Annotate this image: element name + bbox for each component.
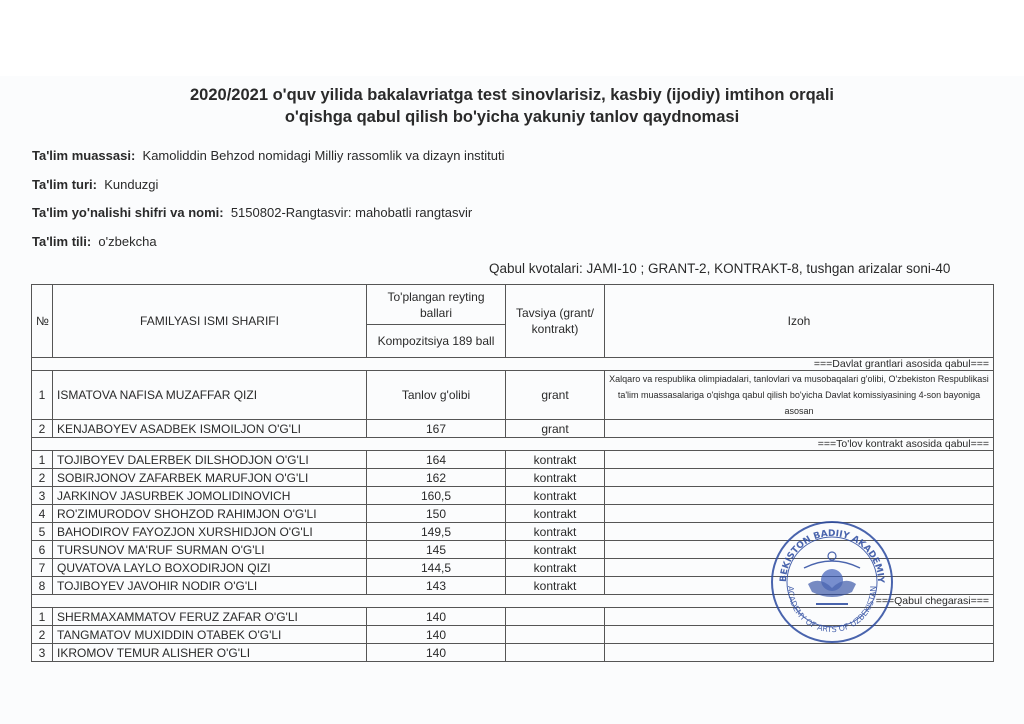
- section-header-row: ===Davlat grantlari asosida qabul===: [32, 358, 994, 371]
- rating-score: Tanlov g'olibi: [367, 371, 506, 420]
- recommendation: kontrakt: [506, 487, 605, 505]
- remark: [605, 559, 994, 577]
- header-name: FAMILYASI ISMI SHARIFI: [53, 285, 367, 358]
- document-title: 2020/2021 o'quv yilida bakalavriatga tes…: [0, 84, 1024, 128]
- recommendation: grant: [506, 371, 605, 420]
- rating-score: 164: [367, 451, 506, 469]
- applicant-name: ISMATOVA NAFISA MUZAFFAR QIZI: [53, 371, 367, 420]
- meta-label: Ta'lim turi:: [32, 177, 97, 192]
- rating-score: 140: [367, 626, 506, 644]
- title-line-2: o'qishga qabul qilish bo'yicha yakuniy t…: [0, 106, 1024, 128]
- meta-study-form: Ta'lim turi: Kunduzgi: [32, 177, 158, 192]
- applicant-name: TOJIBOYEV DALERBEK DILSHODJON O'G'LI: [53, 451, 367, 469]
- remark: [605, 577, 994, 595]
- title-line-1: 2020/2021 o'quv yilida bakalavriatga tes…: [0, 84, 1024, 106]
- results-table: № FAMILYASI ISMI SHARIFI To'plangan reyt…: [31, 284, 994, 662]
- table-row: 1TOJIBOYEV DALERBEK DILSHODJON O'G'LI164…: [32, 451, 994, 469]
- remark: [605, 505, 994, 523]
- meta-value: Kunduzgi: [104, 177, 158, 192]
- row-number: 2: [32, 469, 53, 487]
- section-title: ===Qabul chegarasi===: [32, 595, 994, 608]
- table-row: 4RO'ZIMURODOV SHOHZOD RAHIMJON O'G'LI150…: [32, 505, 994, 523]
- remark: Xalqaro va respublika olimpiadalari, tan…: [605, 371, 994, 420]
- applicant-name: BAHODIROV FAYOZJON XURSHIDJON O'G'LI: [53, 523, 367, 541]
- recommendation: [506, 626, 605, 644]
- header-recommendation: Tavsiya (grant/ kontrakt): [506, 285, 605, 358]
- recommendation: kontrakt: [506, 577, 605, 595]
- meta-institution: Ta'lim muassasi: Kamoliddin Behzod nomid…: [32, 148, 505, 163]
- applicant-name: TANGMATOV MUXIDDIN OTABEK O'G'LI: [53, 626, 367, 644]
- row-number: 1: [32, 608, 53, 626]
- applicant-name: TOJIBOYEV JAVOHIR NODIR O'G'LI: [53, 577, 367, 595]
- applicant-name: RO'ZIMURODOV SHOHZOD RAHIMJON O'G'LI: [53, 505, 367, 523]
- meta-value: o'zbekcha: [98, 234, 156, 249]
- applicant-name: JARKINOV JASURBEK JOMOLIDINOVICH: [53, 487, 367, 505]
- recommendation: kontrakt: [506, 559, 605, 577]
- meta-label: Ta'lim muassasi:: [32, 148, 135, 163]
- remark: [605, 451, 994, 469]
- meta-value: Kamoliddin Behzod nomidagi Milliy rassom…: [143, 148, 505, 163]
- remark: [605, 541, 994, 559]
- quota-summary: Qabul kvotalari: JAMI-10 ; GRANT-2, KONT…: [489, 261, 950, 276]
- table-row: 6TURSUNOV MA'RUF SURMAN O'G'LI145kontrak…: [32, 541, 994, 559]
- table-row: 2TANGMATOV MUXIDDIN OTABEK O'G'LI140: [32, 626, 994, 644]
- applicant-name: TURSUNOV MA'RUF SURMAN O'G'LI: [53, 541, 367, 559]
- table-row: 3JARKINOV JASURBEK JOMOLIDINOVICH160,5ko…: [32, 487, 994, 505]
- applicant-name: KENJABOYEV ASADBEK ISMOILJON O'G'LI: [53, 420, 367, 438]
- row-number: 1: [32, 371, 53, 420]
- rating-score: 149,5: [367, 523, 506, 541]
- header-score-group: To'plangan reyting ballari: [367, 285, 506, 325]
- recommendation: kontrakt: [506, 505, 605, 523]
- row-number: 6: [32, 541, 53, 559]
- recommendation: kontrakt: [506, 451, 605, 469]
- table-row: 2SOBIRJONOV ZAFARBEK MARUFJON O'G'LI162k…: [32, 469, 994, 487]
- header-num: №: [32, 285, 53, 358]
- rating-score: 150: [367, 505, 506, 523]
- applicant-name: SHERMAXAMMATOV FERUZ ZAFAR O'G'LI: [53, 608, 367, 626]
- applicant-name: QUVATOVA LAYLO BOXODIRJON QIZI: [53, 559, 367, 577]
- rating-score: 160,5: [367, 487, 506, 505]
- applicant-name: SOBIRJONOV ZAFARBEK MARUFJON O'G'LI: [53, 469, 367, 487]
- table-row: 7QUVATOVA LAYLO BOXODIRJON QIZI144,5kont…: [32, 559, 994, 577]
- section-header-row: ===To'lov kontrakt asosida qabul===: [32, 438, 994, 451]
- meta-label: Ta'lim yo'nalishi shifri va nomi:: [32, 205, 224, 220]
- row-number: 5: [32, 523, 53, 541]
- row-number: 7: [32, 559, 53, 577]
- rating-score: 145: [367, 541, 506, 559]
- table-row: 3IKROMOV TEMUR ALISHER O'G'LI140: [32, 644, 994, 662]
- remark: [605, 608, 994, 626]
- remark: [605, 626, 994, 644]
- row-number: 1: [32, 451, 53, 469]
- rating-score: 143: [367, 577, 506, 595]
- rating-score: 162: [367, 469, 506, 487]
- remark: [605, 487, 994, 505]
- row-number: 2: [32, 420, 53, 438]
- row-number: 3: [32, 644, 53, 662]
- section-header-row: ===Qabul chegarasi===: [32, 595, 994, 608]
- recommendation: grant: [506, 420, 605, 438]
- rating-score: 140: [367, 644, 506, 662]
- section-title: ===To'lov kontrakt asosida qabul===: [32, 438, 994, 451]
- remark: [605, 469, 994, 487]
- table-row: 1SHERMAXAMMATOV FERUZ ZAFAR O'G'LI140: [32, 608, 994, 626]
- remark: [605, 523, 994, 541]
- applicant-name: IKROMOV TEMUR ALISHER O'G'LI: [53, 644, 367, 662]
- recommendation: kontrakt: [506, 541, 605, 559]
- recommendation: [506, 608, 605, 626]
- meta-label: Ta'lim tili:: [32, 234, 91, 249]
- header-note: Izoh: [605, 285, 994, 358]
- section-title: ===Davlat grantlari asosida qabul===: [32, 358, 994, 371]
- row-number: 4: [32, 505, 53, 523]
- meta-specialty: Ta'lim yo'nalishi shifri va nomi: 515080…: [32, 205, 472, 220]
- header-score-sub: Kompozitsiya 189 ball: [367, 325, 506, 358]
- table-row: 8TOJIBOYEV JAVOHIR NODIR O'G'LI143kontra…: [32, 577, 994, 595]
- rating-score: 144,5: [367, 559, 506, 577]
- recommendation: [506, 644, 605, 662]
- meta-value: 5150802-Rangtasvir: mahobatli rangtasvir: [231, 205, 472, 220]
- recommendation: kontrakt: [506, 523, 605, 541]
- remark: [605, 644, 994, 662]
- table-header-row: № FAMILYASI ISMI SHARIFI To'plangan reyt…: [32, 285, 994, 325]
- remark: [605, 420, 994, 438]
- row-number: 3: [32, 487, 53, 505]
- meta-language: Ta'lim tili: o'zbekcha: [32, 234, 157, 249]
- recommendation: kontrakt: [506, 469, 605, 487]
- table-row: 5BAHODIROV FAYOZJON XURSHIDJON O'G'LI149…: [32, 523, 994, 541]
- rating-score: 167: [367, 420, 506, 438]
- row-number: 8: [32, 577, 53, 595]
- table-row: 1ISMATOVA NAFISA MUZAFFAR QIZITanlov g'o…: [32, 371, 994, 420]
- row-number: 2: [32, 626, 53, 644]
- rating-score: 140: [367, 608, 506, 626]
- table-row: 2KENJABOYEV ASADBEK ISMOILJON O'G'LI167g…: [32, 420, 994, 438]
